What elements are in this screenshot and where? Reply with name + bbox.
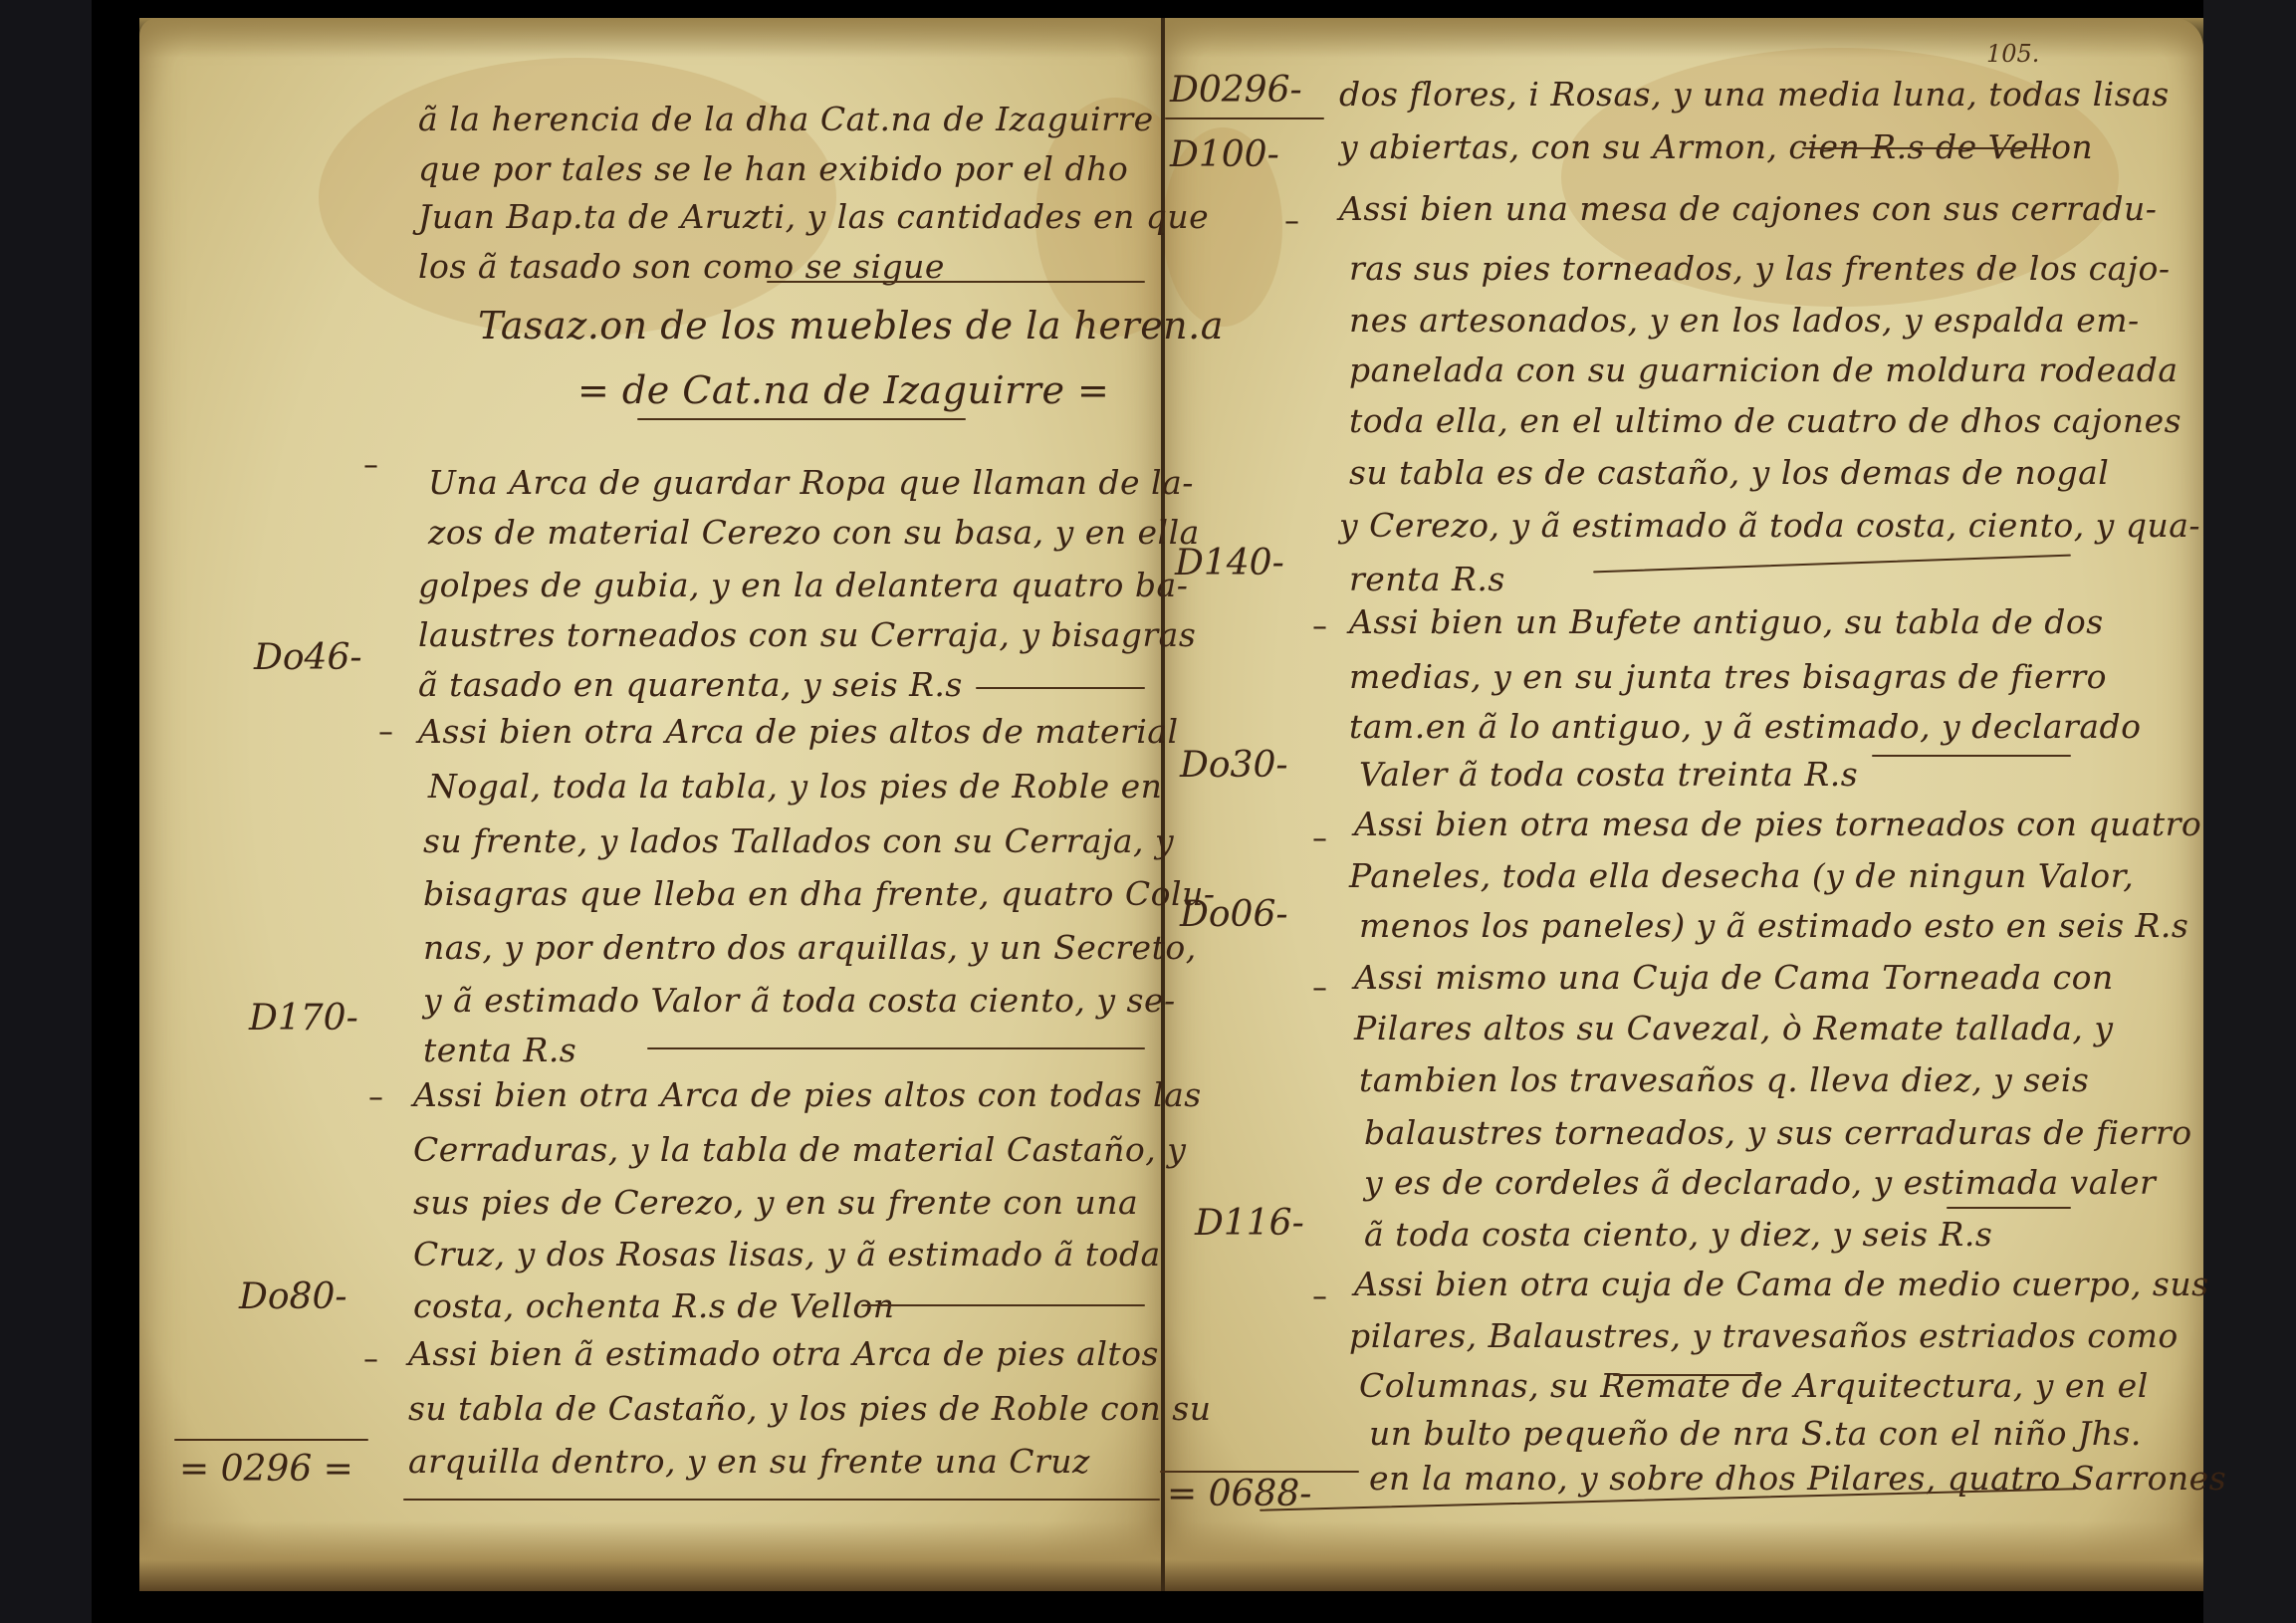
entry-line: Assi bien otra Arca de pies altos de mat…: [418, 712, 1179, 751]
entry-line: Cerraduras, y la tabla de material Casta…: [413, 1130, 1186, 1169]
title-underline: [637, 418, 966, 420]
margin-amount: Do06-: [1180, 894, 1288, 935]
entry-line: medias, y en su junta tres bisagras de f…: [1349, 657, 2107, 696]
line-filler-rule: [647, 1047, 1145, 1049]
entry-line: Paneles, toda ella desecha (y de ningun …: [1349, 856, 2134, 895]
margin-amount: D170-: [249, 998, 358, 1039]
carried-forward-amount: D0296-: [1170, 70, 1302, 111]
line-filler-rule: [1802, 147, 2051, 149]
margin-amount: Do30-: [1180, 745, 1288, 786]
entry-line: ã toda costa ciento, y diez, y seis R.s: [1364, 1215, 1992, 1254]
entry-dash: –: [1312, 1279, 1327, 1314]
intro-line: ã la herencia de la dha Cat.na de Izagui…: [418, 100, 1154, 138]
entry-dash: –: [1284, 204, 1299, 239]
entry-line: Assi bien ã estimado otra Arca de pies a…: [408, 1334, 1159, 1373]
entry-line: un bulto pequeño de nra S.ta con el niño…: [1369, 1414, 2142, 1453]
entry-line: zos de material Cerezo con su basa, y en…: [428, 513, 1200, 552]
page-edge-top: [1163, 18, 2203, 58]
entry-line: su tabla de Castaño, y los pies de Roble…: [408, 1389, 1211, 1428]
margin-amount: D140-: [1175, 543, 1284, 583]
entry-line: Pilares altos su Cavezal, ò Remate talla…: [1354, 1009, 2114, 1047]
carried-forward-rule: [1165, 117, 1324, 119]
entry-line: y ã estimado Valor ã toda costa ciento, …: [423, 981, 1176, 1020]
entry-line: pilares, Balaustres, y travesaños estria…: [1349, 1316, 2179, 1355]
intro-line: que por tales se le han exibido por el d…: [418, 149, 1128, 188]
entry-line: ras sus pies torneados, y las frentes de…: [1349, 249, 2171, 288]
entry-line: arquilla dentro, y en su frente una Cruz: [408, 1442, 1090, 1481]
entry-line: renta R.s: [1349, 560, 1505, 598]
line-filler-rule: [976, 687, 1145, 689]
entry-line: panelada con su guarnicion de moldura ro…: [1349, 350, 2179, 389]
entry-line: bisagras que lleba en dha frente, quatro…: [423, 874, 1216, 913]
entry-line: golpes de gubia, y en la delantera quatr…: [418, 566, 1188, 604]
entry-dash: –: [1312, 609, 1327, 644]
total-rule: [1160, 1471, 1359, 1473]
entry-line: Assi bien otra mesa de pies torneados co…: [1354, 805, 2201, 843]
entry-line: menos los paneles) y ã estimado esto en …: [1359, 906, 2188, 945]
entry-line: en la mano, y sobre dhos Pilares, quatro…: [1369, 1459, 2226, 1498]
entry-line: Nogal, toda la tabla, y los pies de Robl…: [428, 767, 1162, 806]
total-rule: [174, 1439, 368, 1441]
entry-line: Assi bien un Bufete antiguo, su tabla de…: [1349, 602, 2104, 641]
entry-line: costa, ochenta R.s de Vellon: [413, 1286, 894, 1325]
entry-line: y es de cordeles ã declarado, y estimada…: [1364, 1163, 2156, 1202]
entry-line: tenta R.s: [423, 1031, 576, 1069]
entry-line: Assi bien otra Arca de pies altos con to…: [413, 1075, 1202, 1114]
section-title: Tasaz.on de los muebles de la heren.a: [478, 304, 1224, 348]
page-edge-bottom: [1163, 1521, 2203, 1591]
entry-line: Columnas, su Remate de Arquitectura, y e…: [1359, 1366, 2149, 1405]
margin-amount: D100-: [1170, 134, 1279, 175]
entry-line: balaustres torneados, y sus cerraduras d…: [1364, 1113, 2192, 1152]
page-total: = 0688-: [1167, 1474, 1311, 1514]
entry-line: Una Arca de guardar Ropa que llaman de l…: [428, 463, 1194, 502]
entry-line: tam.en ã lo antiguo, y ã estimado, y dec…: [1349, 707, 2142, 746]
entry-line: Cruz, y dos Rosas lisas, y ã estimado ã …: [413, 1235, 1161, 1274]
line-filler-rule: [1947, 1207, 2071, 1209]
entry-line: su tabla es de castaño, y los demas de n…: [1349, 453, 2109, 492]
page-end-rule: [403, 1499, 1160, 1501]
section-subtitle: = de Cat.na de Izaguirre =: [577, 368, 1109, 412]
entry-line: nas, y por dentro dos arquillas, y un Se…: [423, 928, 1197, 967]
entry-dash: –: [1312, 821, 1327, 856]
entry-line: tambien los travesaños q. lleva diez, y …: [1359, 1060, 2089, 1099]
entry-dash: –: [1312, 971, 1327, 1006]
line-filler-rule: [861, 1304, 1145, 1306]
page-edge-bottom: [139, 1521, 1163, 1591]
continuation-line: dos flores, i Rosas, y una media luna, t…: [1339, 75, 2170, 114]
entry-line: Assi mismo una Cuja de Cama Torneada con: [1354, 958, 2114, 997]
entry-line: ã tasado en quarenta, y seis R.s: [418, 665, 963, 704]
line-filler-rule: [1613, 1374, 1762, 1376]
margin-amount: D116-: [1195, 1203, 1304, 1244]
entry-line: sus pies de Cerezo, y en su frente con u…: [413, 1183, 1138, 1222]
intro-line: Juan Bap.ta de Aruzti, y las cantidades …: [418, 197, 1209, 236]
entry-line: Assi bien una mesa de cajones con sus ce…: [1339, 189, 2157, 228]
scan-background-left: [0, 0, 92, 1623]
entry-line: toda ella, en el ultimo de cuatro de dho…: [1349, 401, 2181, 440]
entry-dash: –: [363, 1342, 378, 1377]
margin-amount: Do46-: [254, 637, 362, 678]
page-total: = 0296 =: [179, 1449, 353, 1490]
scan-background-right: [2203, 0, 2296, 1623]
entry-dash: –: [363, 448, 378, 483]
line-filler-rule: [767, 281, 1145, 283]
entry-line: laustres torneados con su Cerraja, y bis…: [418, 615, 1196, 654]
entry-line: y Cerezo, y ã estimado ã toda costa, cie…: [1339, 506, 2200, 545]
page-edge-top: [139, 18, 1163, 58]
margin-amount: Do80-: [239, 1276, 347, 1317]
entry-line: su frente, y lados Tallados con su Cerra…: [423, 821, 1174, 860]
folio-number: 105.: [1986, 40, 2039, 68]
entry-dash: –: [378, 715, 393, 750]
entry-line: nes artesonados, y en los lados, y espal…: [1349, 301, 2140, 340]
entry-line: Valer ã toda costa treinta R.s: [1359, 755, 1858, 794]
entry-dash: –: [368, 1080, 383, 1115]
line-filler-rule: [1872, 755, 2071, 757]
entry-line: Assi bien otra cuja de Cama de medio cue…: [1354, 1265, 2209, 1303]
